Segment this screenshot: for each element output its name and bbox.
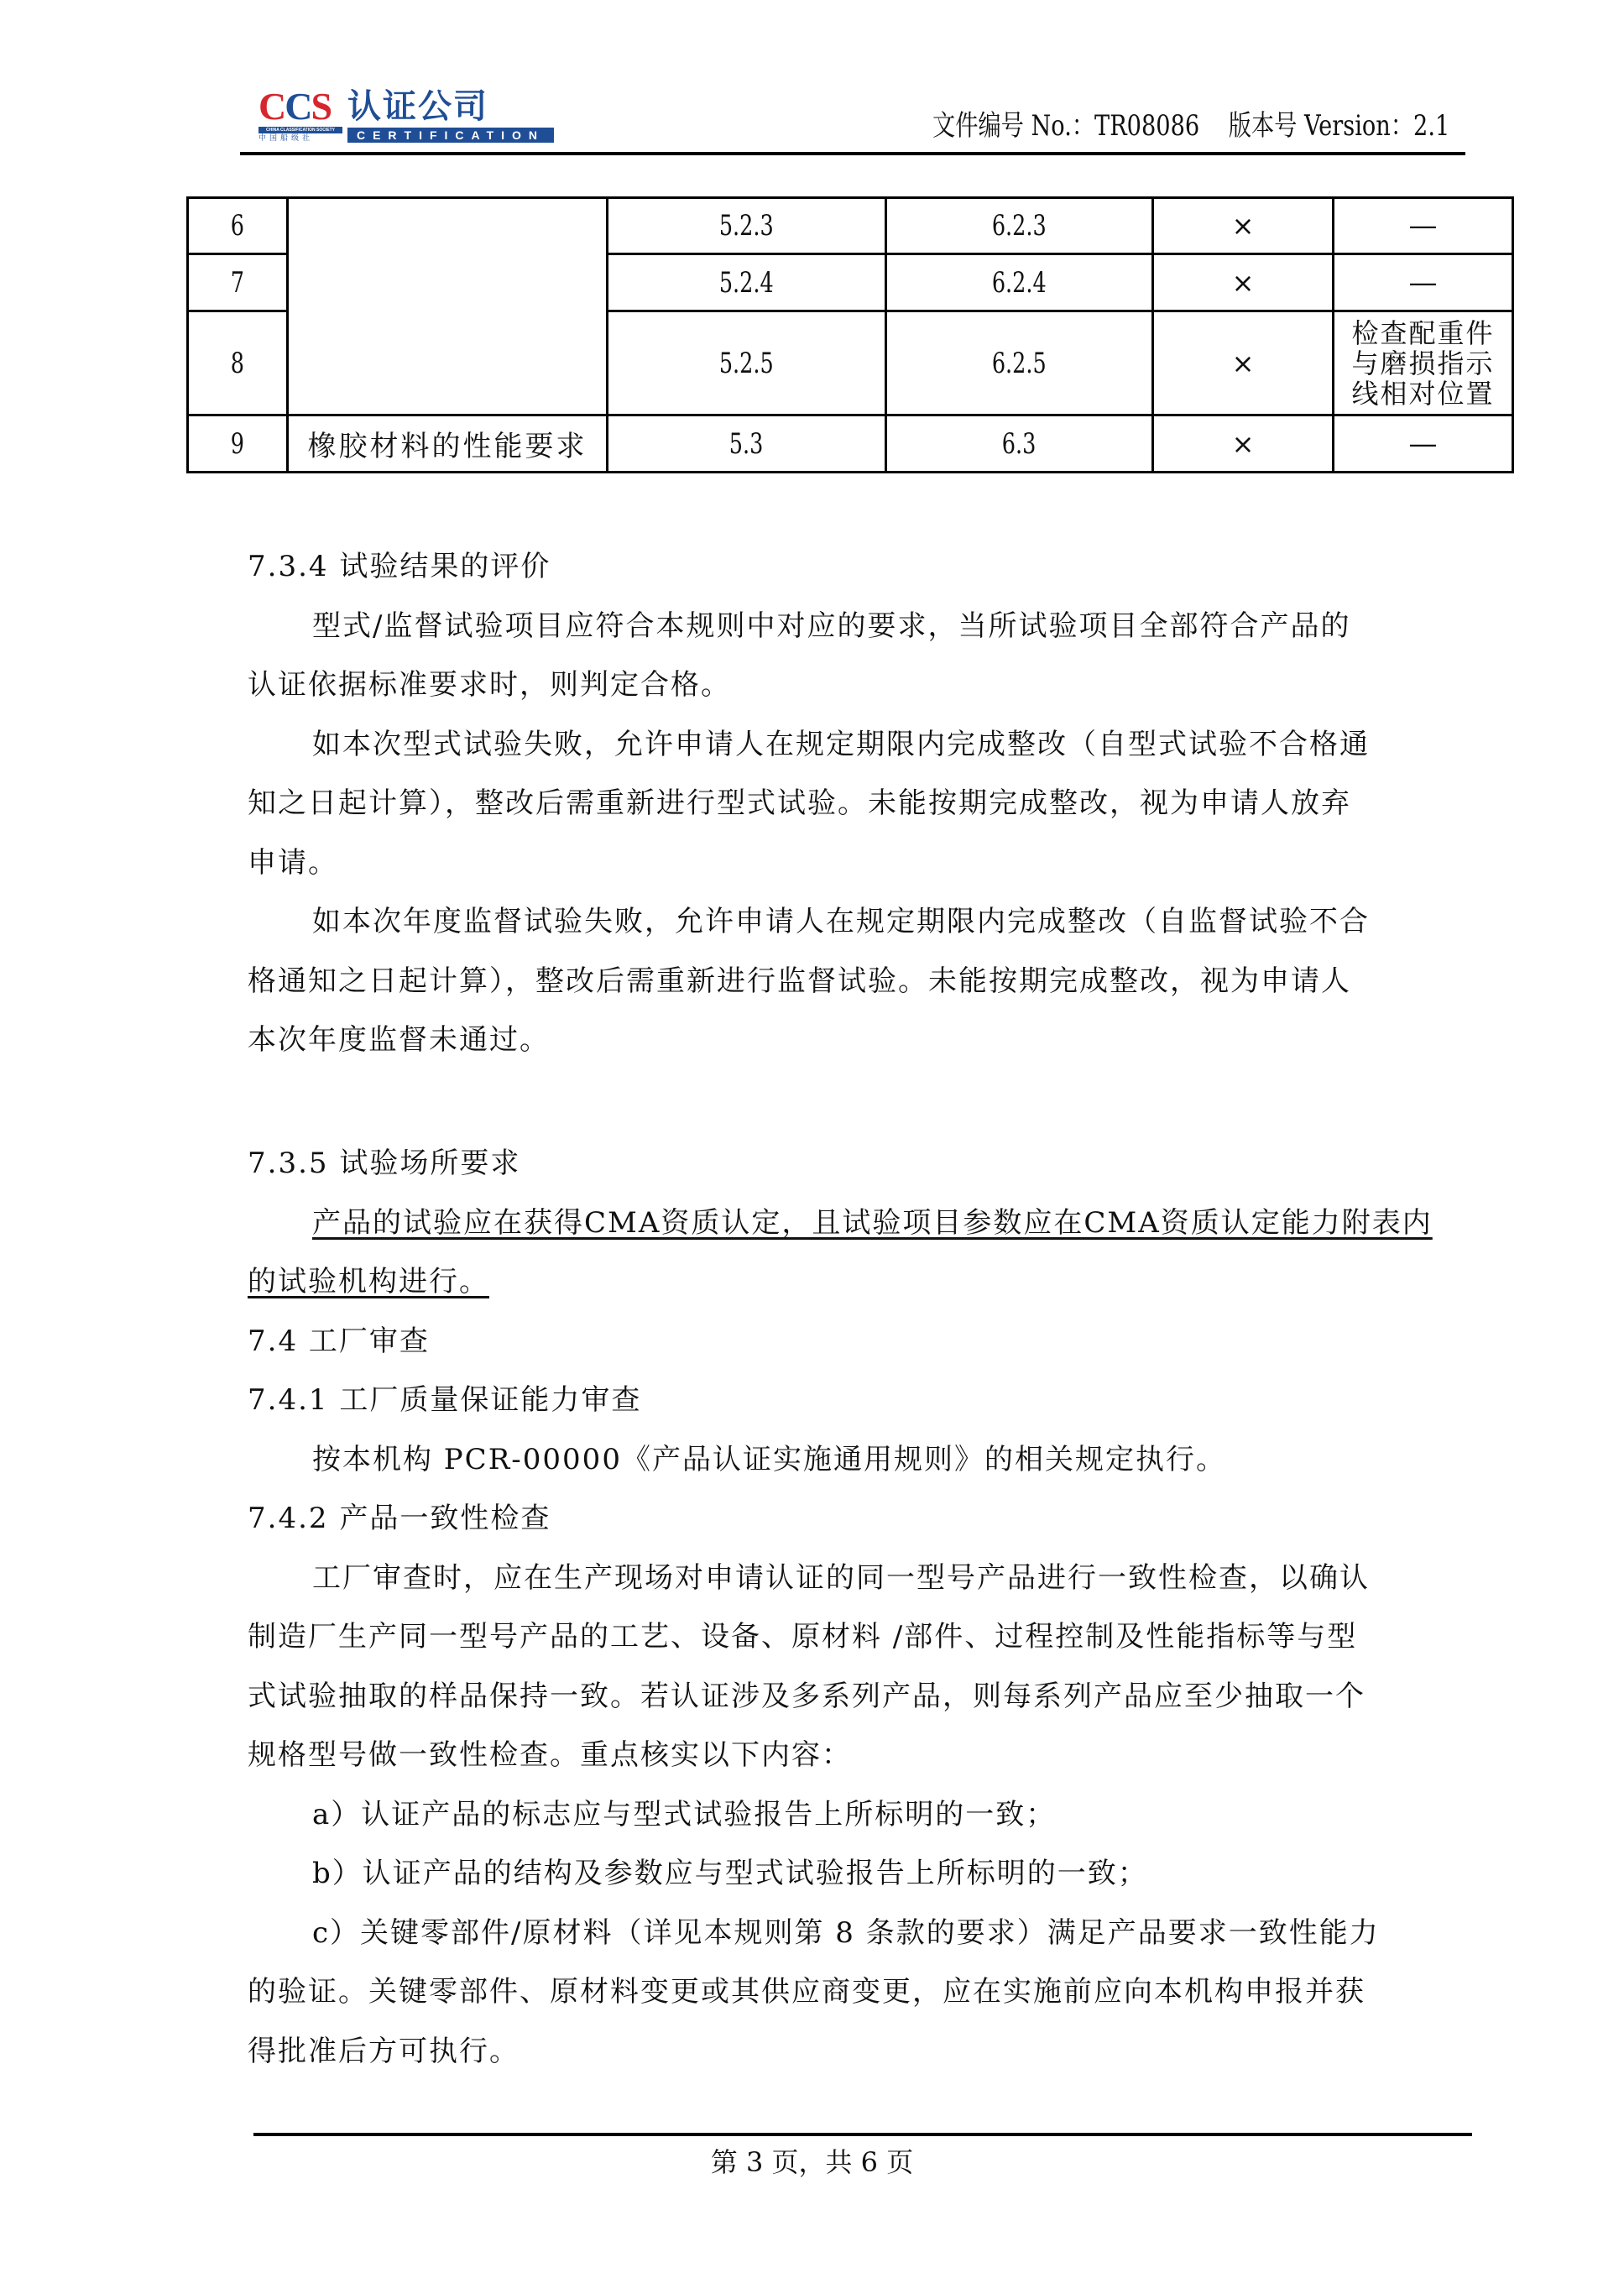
paragraph-line: 认证依据标准要求时，则判定合格。 [248,668,731,702]
underlined-paragraph-line: 的试验机构进行。 [248,1265,489,1298]
test-method-clause: 6.2.4 [886,254,1153,311]
document-number-version: 文件编号 No.：TR08086 版本号 Version：2.1 [932,109,1449,143]
row-number: 8 [188,311,288,415]
section-heading-7-4-2: 7.4.2 产品一致性检查 [248,1502,551,1535]
paragraph-line: 知之日起计算），整改后需重新进行型式试验。未能按期完成整改，视为申请人放弃 [248,786,1351,820]
section-heading-7-3-5: 7.3.5 试验场所要求 [248,1147,520,1180]
logo-society-en: CHINA CLASSIFICATION SOCIETY [258,127,342,133]
paragraph-line: 如本次型式试验失败，允许申请人在规定期限内完成整改（自型式试验不合格通 [312,728,1370,761]
logo-certification-bar: CERTIFICATION [347,128,554,143]
paragraph-line: 得批准后方可执行。 [248,2035,520,2068]
paragraph-line: 型式/监督试验项目应符合本规则中对应的要求，当所试验项目全部符合产品的 [312,609,1350,643]
paragraph-line: 申请。 [248,846,338,880]
item-name: 橡胶材料的性能要求 [288,415,608,473]
ccs-certification-logo: CCS 认证公司 CHINA CLASSIFICATION SOCIETY 中国… [258,87,554,143]
underlined-paragraph-line: 产品的试验应在获得CMA资质认定，且试验项目参数应在CMA资质认定能力附表内 [312,1206,1433,1240]
remark-cell: — [1334,254,1513,311]
paragraph-line: 按本机构 PCR-00000《产品认证实施通用规则》的相关规定执行。 [312,1443,1226,1476]
paragraph-line: 的验证。关键零部件、原材料变更或其供应商变更，应在实施前应向本机构申报并获 [248,1975,1366,2009]
row-number: 7 [188,254,288,311]
requirement-clause: 5.3 [608,415,886,473]
test-items-table: 6 5.2.3 6.2.3 × — 7 5.2.4 6.2.4 × — 8 5.… [186,196,1514,473]
paragraph-line: 工厂审查时，应在生产现场对申请认证的同一型号产品进行一致性检查，以确认 [312,1561,1370,1595]
remark-line: 线相对位置 [1334,379,1512,409]
paragraph-line: 本次年度监督未通过。 [248,1023,550,1057]
paragraph-line: 如本次年度监督试验失败，允许申请人在规定期限内完成整改（自监督试验不合 [312,905,1370,938]
list-item-c: c）关键零部件/原材料（详见本规则第 8 条款的要求）满足产品要求一致性能力 [312,1916,1380,1950]
test-method-clause: 6.2.5 [886,311,1153,415]
header-divider [240,152,1465,155]
ccs-logo-mark: CCS [258,87,331,126]
requirement-clause: 5.2.5 [608,311,886,415]
list-item-a: a）认证产品的标志应与型式试验报告上所标明的一致； [312,1798,1056,1831]
remark-line: 检查配重件 [1334,318,1512,348]
applicability-mark: × [1153,254,1334,311]
footer-divider [253,2133,1472,2136]
remark-cell: — [1334,198,1513,254]
paragraph-line: 规格型号做一致性检查。重点核实以下内容： [248,1738,852,1772]
paragraph-line: 式试验抽取的样品保持一致。若认证涉及多系列产品，则每系列产品应至少抽取一个 [248,1680,1366,1713]
table-row: 9 橡胶材料的性能要求 5.3 6.3 × — [188,415,1513,473]
applicability-mark: × [1153,415,1334,473]
remark-cell: — [1334,415,1513,473]
section-heading-7-4: 7.4 工厂审查 [248,1324,430,1358]
row-number: 6 [188,198,288,254]
section-heading-7-3-4: 7.3.4 试验结果的评价 [248,550,551,583]
applicability-mark: × [1153,198,1334,254]
requirement-clause: 5.2.4 [608,254,886,311]
row-number: 9 [188,415,288,473]
requirement-clause: 5.2.3 [608,198,886,254]
section-heading-7-4-1: 7.4.1 工厂质量保证能力审查 [248,1383,641,1417]
logo-society-cn: 中国船级社 [258,134,342,143]
paragraph-line: 格通知之日起计算），整改后需重新进行监督试验。未能按期完成整改，视为申请人 [248,964,1351,998]
page-number: 第 3 页，共 6 页 [0,2145,1624,2179]
table-row: 6 5.2.3 6.2.3 × — [188,198,1513,254]
item-name-merged-cell [288,198,608,415]
remark-line: 与磨损指示 [1334,348,1512,379]
test-method-clause: 6.2.3 [886,198,1153,254]
test-method-clause: 6.3 [886,415,1153,473]
logo-brand-cn: 认证公司 [347,87,488,126]
remark-cell: 检查配重件 与磨损指示 线相对位置 [1334,311,1513,415]
list-item-b: b）认证产品的结构及参数应与型式试验报告上所标明的一致； [312,1857,1148,1890]
applicability-mark: × [1153,311,1334,415]
paragraph-line: 制造厂生产同一型号产品的工艺、设备、原材料 /部件、过程控制及性能指标等与型 [248,1620,1357,1654]
